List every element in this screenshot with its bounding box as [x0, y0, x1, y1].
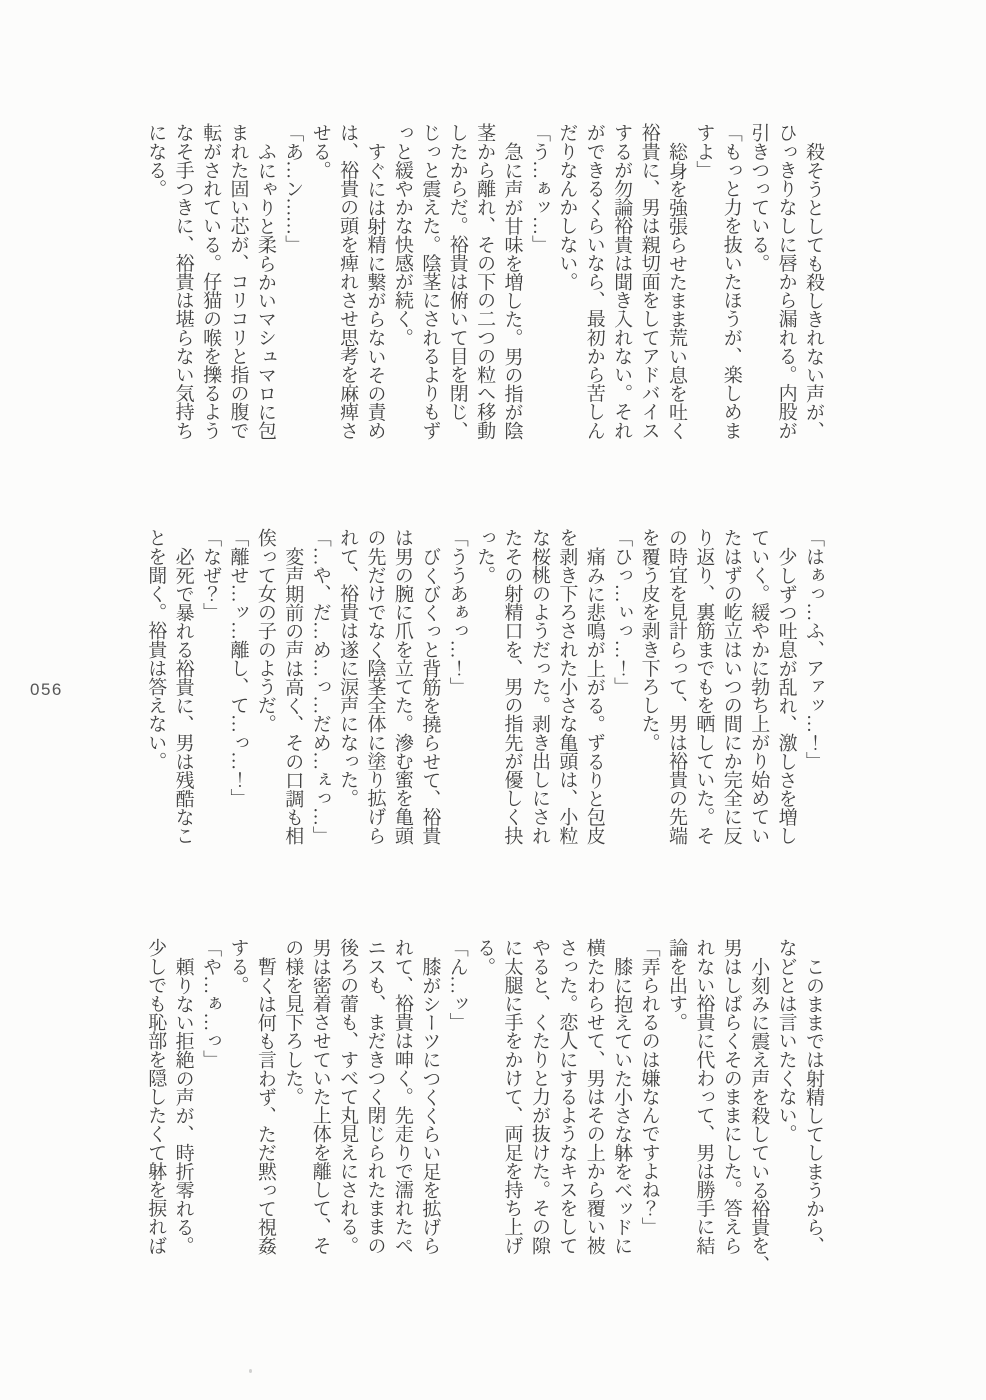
- text-column: するが勿論裕貴は聞き入れない。それ: [608, 123, 635, 443]
- page-number: 056: [30, 680, 63, 700]
- text-column: 「ん…ッ」: [443, 938, 470, 1258]
- text-band-middle: 「はぁっ…ふ、アァッ…！」少しずつ吐息が乱れ、激しさを増していく。緩やかに勃ち上…: [142, 528, 827, 848]
- text-column: の先だけでなく陰茎全体に塗り拡げら: [361, 528, 388, 848]
- text-column: 「はぁっ…ふ、アァッ…！」: [800, 528, 827, 848]
- text-column: 男はしばらくそのままにした。答えら: [717, 938, 744, 1258]
- text-column: 茎から離れ、その下の二つの粒へ移動: [471, 123, 498, 443]
- text-column: 後ろの蕾も、すべて丸見えにされる。: [334, 938, 361, 1258]
- text-column: 「あ…ン……」: [279, 123, 306, 443]
- text-column: を剥き下ろされた小さな亀頭は、小粒: [553, 528, 580, 848]
- text-column: った。: [471, 528, 498, 848]
- text-column: 痛みに悲鳴が上がる。ずるりと包皮: [580, 528, 607, 848]
- text-column: とを聞く。裕貴は答えない。: [142, 528, 169, 848]
- text-column: 裕貴に、男は親切面をしてアドバイス: [635, 123, 662, 443]
- text-column: 転がされている。仔猫の喉を擽るよう: [197, 123, 224, 443]
- scan-artifact-dot: [249, 1369, 252, 1373]
- text-column: せる。: [306, 123, 333, 443]
- text-column: やると、くたりと力が抜けた。その隙: [526, 938, 553, 1258]
- text-column: すよ」: [690, 123, 717, 443]
- text-column: 膝に抱えていた小さな躰をベッドに: [608, 938, 635, 1258]
- text-column: は男の腕に爪を立てた。滲む蜜を亀頭: [389, 528, 416, 848]
- text-column: じっと震えた。陰茎にされるよりもず: [416, 123, 443, 443]
- text-column: り返り、裏筋までもを晒していた。そ: [690, 528, 717, 848]
- text-column: なそ手つきに、裕貴は堪らない気持ち: [169, 123, 196, 443]
- text-column: さった。恋人にするようなキスをして: [553, 938, 580, 1258]
- text-column: まれた固い芯が、コリコリと指の腹で: [224, 123, 251, 443]
- text-column: 変声期前の声は高く、その口調も相: [279, 528, 306, 848]
- text-column: 「なぜ？」: [197, 528, 224, 848]
- text-column: などとは言いたくない。: [772, 938, 799, 1258]
- text-column: だりなんかしない。: [553, 123, 580, 443]
- text-column: 小刻みに震え声を殺している裕貴を、: [745, 938, 772, 1258]
- text-column: っと緩やかな快感が続く。: [389, 123, 416, 443]
- text-column: 総身を強張らせたまま荒い息を吐く: [663, 123, 690, 443]
- text-column: は、裕貴の頭を痺れさせ思考を麻痺さ: [334, 123, 361, 443]
- text-column: 「離せ…ッ…離し、て…っ…！」: [224, 528, 251, 848]
- text-column: 「う…ぁッ…」: [526, 123, 553, 443]
- text-column: を覆う皮を剥き下ろした。: [635, 528, 662, 848]
- text-column: 急に声が甘味を増した。男の指が陰: [498, 123, 525, 443]
- text-column: ができるくらいなら、最初から苦しん: [580, 123, 607, 443]
- text-column: このままでは射精してしまうから、: [800, 938, 827, 1258]
- text-column: ニスも、まだきつく閉じられたままの: [361, 938, 388, 1258]
- text-column: に太腿に手をかけて、両足を持ち上げ: [498, 938, 525, 1258]
- text-column: ていく。緩やかに勃ち上がり始めてい: [745, 528, 772, 848]
- text-column: 暫くは何も言わず、ただ黙って視姦: [251, 938, 278, 1258]
- text-band-bottom: このままでは射精してしまうから、などとは言いたくない。小刻みに震え声を殺している…: [142, 938, 827, 1258]
- text-column: 引きつっている。: [745, 123, 772, 443]
- text-column: 「…や、だ…め…っ…だめ…ぇっ…」: [306, 528, 333, 848]
- text-column: ひっきりなしに唇から漏れる。内股が: [772, 123, 799, 443]
- text-column: 「ううあぁっ…！」: [443, 528, 470, 848]
- text-column: 「や…ぁ…っ」: [197, 938, 224, 1258]
- text-column: になる。: [142, 123, 169, 443]
- text-column: る。: [471, 938, 498, 1258]
- scanned-novel-page: 056 殺そうとしても殺しきれない声が、ひっきりなしに唇から漏れる。内股が引きつ…: [0, 0, 986, 1400]
- text-column: 論を出す。: [663, 938, 690, 1258]
- text-column: 男は密着させていた上体を離して、そ: [306, 938, 333, 1258]
- text-column: ふにゃりと柔らかいマシュマロに包: [251, 123, 278, 443]
- text-column: 少しでも恥部を隠したくて躰を捩れば: [142, 938, 169, 1258]
- text-column: 「ひっ…ぃっ…！」: [608, 528, 635, 848]
- text-column: 俟って女の子のようだ。: [251, 528, 278, 848]
- text-column: 「弄られるのは嫌なんですよね？」: [635, 938, 662, 1258]
- text-column: 殺そうとしても殺しきれない声が、: [800, 123, 827, 443]
- text-column: れて、裕貴は遂に涙声になった。: [334, 528, 361, 848]
- text-column: たはずの屹立はいつの間にか完全に反: [717, 528, 744, 848]
- text-column: する。: [224, 938, 251, 1258]
- text-column: びくびくっと背筋を撓らせて、裕貴: [416, 528, 443, 848]
- text-column: な桜桃のようだった。剥き出しにされ: [526, 528, 553, 848]
- text-column: れない裕貴に代わって、男は勝手に結: [690, 938, 717, 1258]
- text-column: 頼りない拒絶の声が、時折零れる。: [169, 938, 196, 1258]
- text-column: たその射精口を、男の指先が優しく抉: [498, 528, 525, 848]
- text-column: の時宜を見計らって、男は裕貴の先端: [663, 528, 690, 848]
- text-column: 「もっと力を抜いたほうが、楽しめま: [717, 123, 744, 443]
- text-column: すぐには射精に繋がらないその責め: [361, 123, 388, 443]
- text-column: 少しずつ吐息が乱れ、激しさを増し: [772, 528, 799, 848]
- text-column: 膝がシーツにつくくらい足を拡げら: [416, 938, 443, 1258]
- text-column: れて、裕貴は呻く。先走りで濡れたペ: [389, 938, 416, 1258]
- text-band-top: 殺そうとしても殺しきれない声が、ひっきりなしに唇から漏れる。内股が引きつっている…: [142, 123, 827, 443]
- text-column: したからだ。裕貴は俯いて目を閉じ、: [443, 123, 470, 443]
- text-column: の様を見下ろした。: [279, 938, 306, 1258]
- text-column: 必死で暴れる裕貴に、男は残酷なこ: [169, 528, 196, 848]
- text-column: 横たわらせて、男はその上から覆い被: [580, 938, 607, 1258]
